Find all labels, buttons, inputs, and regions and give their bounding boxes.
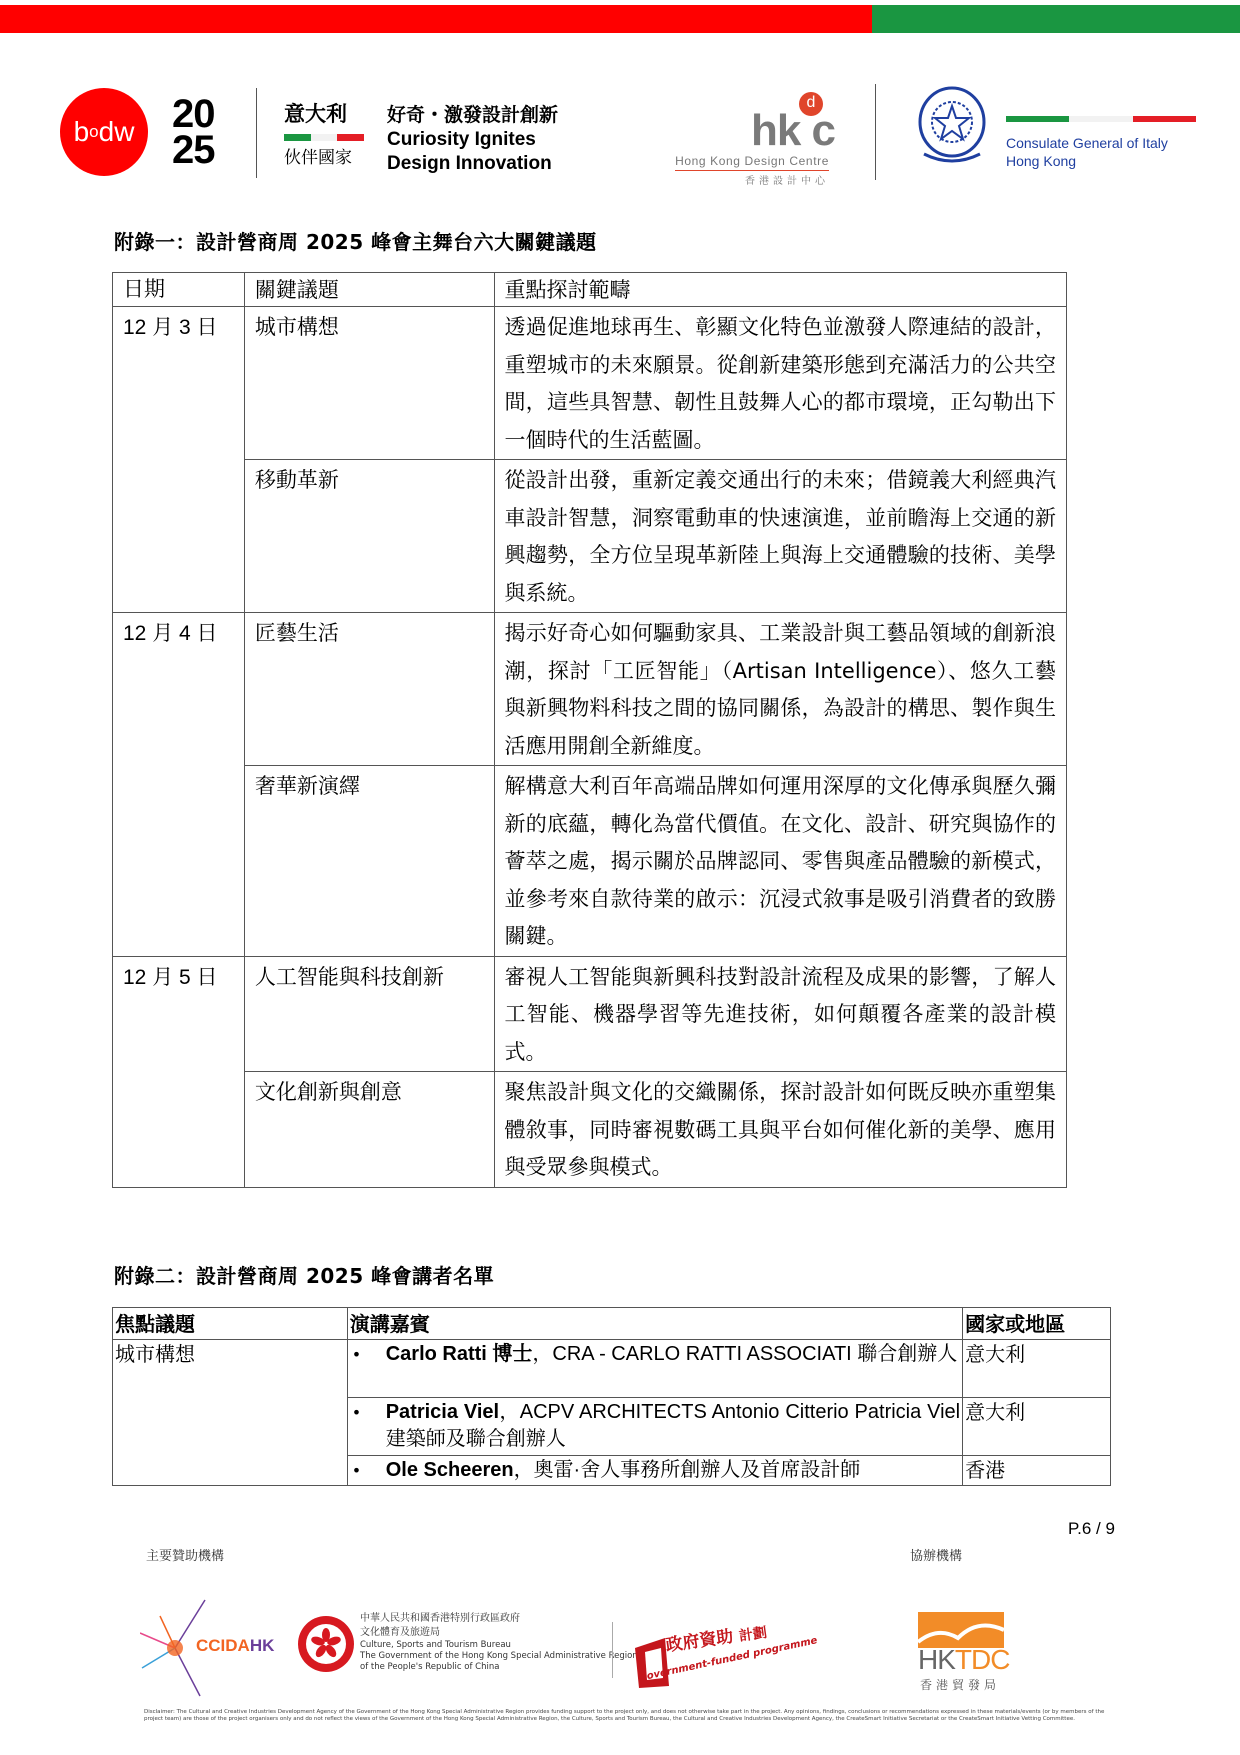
partner-country-name: 意大利 — [284, 102, 364, 126]
scope-cell: 從設計出發，重新定義交通出行的未來；借鏡義大利經典汽車設計智慧，洞察電動車的快速… — [494, 460, 1066, 613]
bodw-logo-dw: dw — [99, 116, 135, 148]
speaker-cell: • Patricia Viel，ACPV ARCHITECTS Antonio … — [347, 1398, 962, 1456]
table-row: 12 月 5 日 人工智能與科技創新 審視人工智能與新興科技對設計流程及成果的影… — [113, 956, 1067, 1072]
top-bar-red — [0, 5, 872, 33]
gov-funded-title-cn: 政府資助 — [664, 1627, 734, 1656]
ccidahk-text-ccida: CCIDA — [196, 1636, 250, 1655]
speaker-cell: • Carlo Ratti 博士，CRA - CARLO RATTI ASSOC… — [347, 1340, 962, 1398]
hk-gov-text: 中華人民共和國香港特別行政區政府 文化體育及旅遊局 Culture, Sport… — [360, 1612, 638, 1673]
italy-emblem-icon — [914, 84, 990, 168]
gov-funded-suffix-cn: 計劃 — [738, 1625, 768, 1645]
region-cell: 意大利 — [963, 1340, 1111, 1398]
partner-country: 意大利 伙伴國家 — [284, 102, 364, 169]
speaker-desc: ，CRA - CARLO RATTI ASSOCIATI 聯合創辦人 — [532, 1343, 957, 1365]
topic-cell: 人工智能與科技創新 — [244, 956, 494, 1072]
bullet-icon: • — [350, 1341, 386, 1368]
organiser-label: 協辦機構 — [910, 1545, 962, 1564]
consulate-line2: Hong Kong — [1006, 152, 1196, 170]
scope-cell: 透過促進地球再生、彰顯文化特色並激發人際連結的設計，重塑城市的未來願景。從創新建… — [494, 307, 1066, 460]
speaker-name: Carlo Ratti 博士 — [386, 1343, 533, 1365]
scope-cell: 揭示好奇心如何驅動家具、工業設計與工藝品領域的創新浪潮，探討「工匠智能」（Art… — [494, 613, 1066, 766]
date-cell: 12 月 5 日 — [113, 956, 245, 1187]
topic-cell: 城市構想 — [244, 307, 494, 460]
table-row: 移動革新 從設計出發，重新定義交通出行的未來；借鏡義大利經典汽車設計智慧，洞察電… — [113, 460, 1067, 613]
tagline-cn: 好奇・激發設計創新 — [387, 102, 558, 128]
bodw-logo-b: b — [74, 116, 90, 148]
topic-cell: 文化創新與創意 — [244, 1072, 494, 1188]
appendix1-title: 附錄一：設計營商周 2025 峰會主舞台六大關鍵議題 — [114, 226, 597, 255]
table-row: 12 月 3 日 城市構想 透過促進地球再生、彰顯文化特色並激發人際連結的設計，… — [113, 307, 1067, 460]
topic-cell: 奢華新演繹 — [244, 766, 494, 957]
hktdc-wave-icon — [918, 1612, 1004, 1648]
footer-divider — [612, 1622, 613, 1678]
date-cell: 12 月 4 日 — [113, 613, 245, 957]
focus-cell: 城市構想 — [113, 1340, 348, 1486]
region-cell: 香港 — [963, 1456, 1111, 1486]
hktdc-name-cn: 香港貿發局 — [920, 1676, 1000, 1693]
region-cell: 意大利 — [963, 1398, 1111, 1456]
hk-gov-logo: 中華人民共和國香港特別行政區政府 文化體育及旅遊局 Culture, Sport… — [298, 1612, 598, 1682]
table-row: 城市構想 • Carlo Ratti 博士，CRA - CARLO RATTI … — [113, 1340, 1111, 1398]
ccidahk-logo: CCIDAHK — [140, 1598, 290, 1698]
hk-gov-line3: Culture, Sports and Tourism Bureau — [360, 1640, 638, 1651]
hkdc-logo: d hk c Hong Kong Design Centre 香港設計中心 — [675, 92, 835, 188]
header-scope: 重點探討範疇 — [494, 273, 1066, 307]
page-number: P.6 / 9 — [1068, 1519, 1115, 1539]
hkdc-mark: hk c — [751, 106, 835, 156]
disclaimer: Disclaimer: The Cultural and Creative In… — [144, 1709, 1124, 1723]
header-topic: 關鍵議題 — [244, 273, 494, 307]
table-row: 文化創新與創意 聚焦設計與文化的交織關係，探討設計如何既反映亦重塑集體敘事，同時… — [113, 1072, 1067, 1188]
top-color-bar — [0, 5, 1240, 33]
hk-gov-line2: 文化體育及旅遊局 — [360, 1626, 638, 1640]
italy-flag-icon — [284, 134, 364, 141]
bullet-icon: • — [350, 1457, 386, 1484]
date-cell: 12 月 3 日 — [113, 307, 245, 613]
bodw-logo: bodw — [60, 88, 148, 176]
speaker-name: Patricia Viel — [386, 1401, 499, 1423]
hk-gov-line4: The Government of the Hong Kong Special … — [360, 1651, 638, 1662]
hkdc-name-cn: 香港設計中心 — [745, 172, 829, 187]
tagline: 好奇・激發設計創新 Curiosity Ignites Design Innov… — [387, 102, 558, 176]
consulate-logo: Consulate General of Italy Hong Kong — [1006, 116, 1196, 170]
hktdc-name: HKTDC — [918, 1644, 1009, 1676]
bullet-icon: • — [350, 1399, 386, 1453]
speaker-name: Ole Scheeren — [386, 1459, 514, 1481]
partner-country-label: 伙伴國家 — [284, 147, 364, 169]
gov-funded-programme-logo: 政府資助 計劃 Government-funded programme — [615, 1610, 775, 1690]
consulate-line1: Consulate General of Italy — [1006, 134, 1196, 152]
main-sponsor-label: 主要贊助機構 — [146, 1545, 224, 1564]
table-header-row: 日期 關鍵議題 重點探討範疇 — [113, 273, 1067, 307]
hktdc-logo: HKTDC 香港貿發局 — [918, 1612, 1004, 1692]
scope-cell: 審視人工智能與新興科技對設計流程及成果的影響，了解人工智能、機器學習等先進技術，… — [494, 956, 1066, 1072]
ccidahk-text-hk: HK — [250, 1636, 275, 1655]
topic-cell: 移動革新 — [244, 460, 494, 613]
header-focus: 焦點議題 — [113, 1308, 348, 1340]
bodw-year: 20 25 — [172, 96, 215, 168]
header-region: 國家或地區 — [963, 1308, 1111, 1340]
table-header-row: 焦點議題 演講嘉賓 國家或地區 — [113, 1308, 1111, 1340]
appendix2-title: 附錄二：設計營商周 2025 峰會講者名單 — [114, 1260, 494, 1289]
scope-cell: 聚焦設計與文化的交織關係，探討設計如何既反映亦重塑集體敘事，同時審視數碼工具與平… — [494, 1072, 1066, 1188]
speaker-cell: • Ole Scheeren，奧雷·舍人事務所創辦人及首席設計師 — [347, 1456, 962, 1486]
speakers-table: 焦點議題 演講嘉賓 國家或地區 城市構想 • Carlo Ratti 博士，CR… — [112, 1307, 1111, 1486]
topic-cell: 匠藝生活 — [244, 613, 494, 766]
header-divider-2 — [875, 84, 876, 180]
table-row: 12 月 4 日 匠藝生活 揭示好奇心如何驅動家具、工業設計與工藝品領域的創新浪… — [113, 613, 1067, 766]
ccidahk-text: CCIDAHK — [196, 1636, 274, 1656]
bodw-logo-o: o — [89, 122, 98, 142]
hk-gov-line1: 中華人民共和國香港特別行政區政府 — [360, 1612, 638, 1626]
scope-cell: 解構意大利百年高端品牌如何運用深厚的文化傳承與歷久彌新的底蘊，轉化為當代價值。在… — [494, 766, 1066, 957]
bodw-year-top: 20 — [172, 96, 215, 132]
italy-flag-icon-2 — [1006, 116, 1196, 122]
key-topics-table: 日期 關鍵議題 重點探討範疇 12 月 3 日 城市構想 透過促進地球再生、彰顯… — [112, 272, 1067, 1188]
header-divider — [256, 88, 257, 178]
hk-bauhinia-seal-icon — [298, 1616, 354, 1672]
bodw-year-bottom: 25 — [172, 132, 215, 168]
speaker-desc: ，奧雷·舍人事務所創辦人及首席設計師 — [514, 1459, 861, 1481]
hkdc-underline — [675, 170, 829, 171]
header-speaker: 演講嘉賓 — [347, 1308, 962, 1340]
top-bar-green — [872, 5, 1240, 33]
table-row: 奢華新演繹 解構意大利百年高端品牌如何運用深厚的文化傳承與歷久彌新的底蘊，轉化為… — [113, 766, 1067, 957]
header-date: 日期 — [113, 273, 245, 307]
header-logos: bodw 20 25 意大利 伙伴國家 好奇・激發設計創新 Curiosity … — [0, 80, 1240, 190]
hkdc-name: Hong Kong Design Centre — [675, 154, 829, 168]
hk-gov-line5: of the People's Republic of China — [360, 1662, 638, 1673]
tagline-en-line2: Design Innovation — [387, 152, 558, 176]
tagline-en-line1: Curiosity Ignites — [387, 128, 558, 152]
